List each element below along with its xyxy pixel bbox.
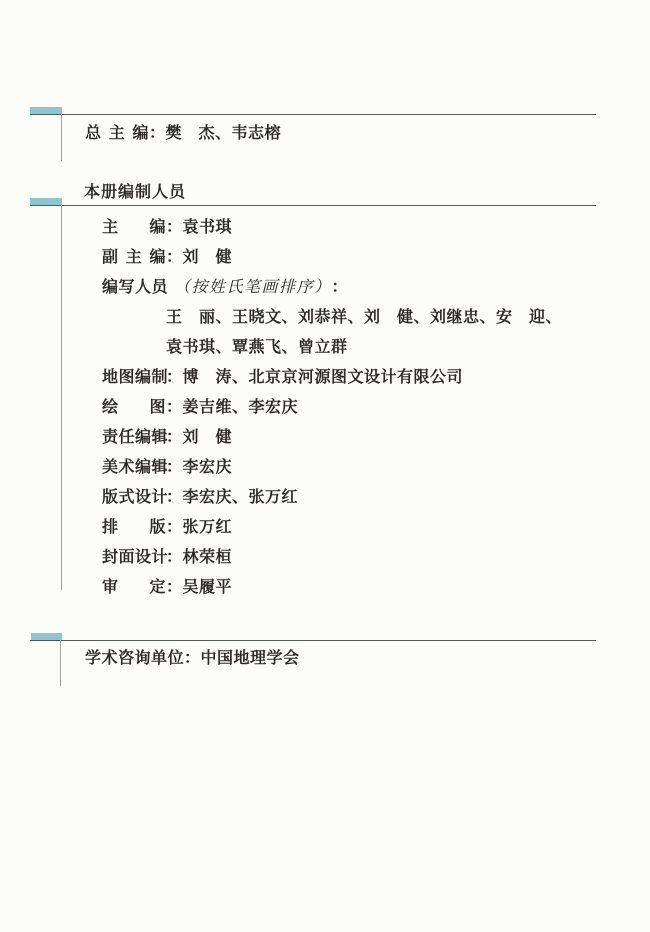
colon: ： — [166, 573, 183, 603]
role-value: 中国地理学会 — [201, 650, 300, 667]
role-value: 刘 健 — [183, 249, 233, 266]
role-value: 林荣桓 — [183, 549, 233, 566]
section-heading: 本册编制人员 — [84, 178, 186, 208]
colon: ： — [166, 543, 183, 573]
role-label: 版式设计 — [102, 483, 166, 513]
book-credits-page: 总主编：樊 杰、韦志榕 本册编制人员 主编：袁书琪 副主编：刘 健 编写人员（按… — [0, 0, 650, 932]
role-value: 姜吉维、李宏庆 — [183, 399, 299, 416]
colon: ： — [184, 644, 201, 674]
colon: ： — [166, 423, 183, 453]
credit-row-deputy-editor: 副主编：刘 健 — [102, 243, 562, 273]
credit-row-responsible-editor: 责任编辑：刘 健 — [102, 423, 562, 453]
credit-row-illustration: 绘图：姜吉维、李宏庆 — [102, 393, 562, 423]
role-value: 张万红 — [183, 519, 233, 536]
colon: ： — [149, 119, 166, 149]
credit-row-map-compilation: 地图编制：博 涛、北京京河源图文设计有限公司 — [102, 363, 562, 393]
credit-row-final-review: 审定：吴履平 — [102, 573, 562, 603]
horizontal-rule — [30, 205, 596, 206]
role-label: 副主编 — [102, 243, 166, 273]
horizontal-rule — [30, 114, 596, 115]
credit-row-layout-design: 版式设计：李宏庆、张万红 — [102, 483, 562, 513]
chief-editor-row: 总主编：樊 杰、韦志榕 — [85, 119, 281, 149]
role-label: 主编 — [102, 213, 166, 243]
role-label: 封面设计 — [102, 543, 166, 573]
role-value: 博 涛、北京京河源图文设计有限公司 — [183, 369, 464, 386]
colon: ： — [166, 483, 183, 513]
role-label: 地图编制 — [102, 363, 166, 393]
role-label: 责任编辑 — [102, 423, 166, 453]
colon: ： — [166, 513, 183, 543]
horizontal-rule — [30, 640, 596, 641]
colon: ： — [166, 363, 183, 393]
role-label: 美术编辑 — [102, 453, 166, 483]
accent-bar — [30, 107, 62, 114]
role-label: 总主编 — [85, 119, 149, 149]
role-label: 学术咨询单位 — [85, 650, 184, 667]
role-label: 编写人员 — [102, 273, 166, 303]
role-value: 刘 健 — [183, 429, 233, 446]
credit-row-writers: 编写人员（按姓氏笔画排序）： — [102, 273, 562, 303]
role-label: 排版 — [102, 513, 166, 543]
credit-row-typesetting: 排版：张万红 — [102, 513, 562, 543]
role-label: 绘图 — [102, 393, 166, 423]
colon: ： — [166, 213, 183, 243]
advisory-unit-row: 学术咨询单位：中国地理学会 — [85, 644, 300, 674]
credit-row-cover-design: 封面设计：林荣桓 — [102, 543, 562, 573]
role-value: 李宏庆 — [183, 459, 233, 476]
colon: ： — [166, 453, 183, 483]
role-value: 袁书琪 — [183, 219, 233, 236]
writers-names-line: 王 丽、王晓文、刘恭祥、刘 健、刘继忠、安 迎、 — [166, 303, 562, 333]
role-value: 李宏庆、张万红 — [183, 489, 299, 506]
vertical-rule — [60, 640, 61, 686]
role-value: 樊 杰、韦志榕 — [166, 125, 282, 142]
colon: ： — [166, 243, 183, 273]
sort-order-note: （按姓氏笔画排序） — [174, 279, 332, 296]
role-label: 审定 — [102, 573, 166, 603]
credit-row-art-editor: 美术编辑：李宏庆 — [102, 453, 562, 483]
credits-list: 主编：袁书琪 副主编：刘 健 编写人员（按姓氏笔画排序）： 王 丽、王晓文、刘恭… — [102, 213, 562, 603]
vertical-rule — [61, 114, 62, 161]
credit-row-editor: 主编：袁书琪 — [102, 213, 562, 243]
colon: ： — [166, 393, 183, 423]
role-value: 吴履平 — [183, 579, 233, 596]
vertical-rule — [61, 205, 62, 590]
colon: ： — [332, 273, 349, 303]
writers-names-line: 袁书琪、覃燕飞、曾立群 — [166, 333, 562, 363]
